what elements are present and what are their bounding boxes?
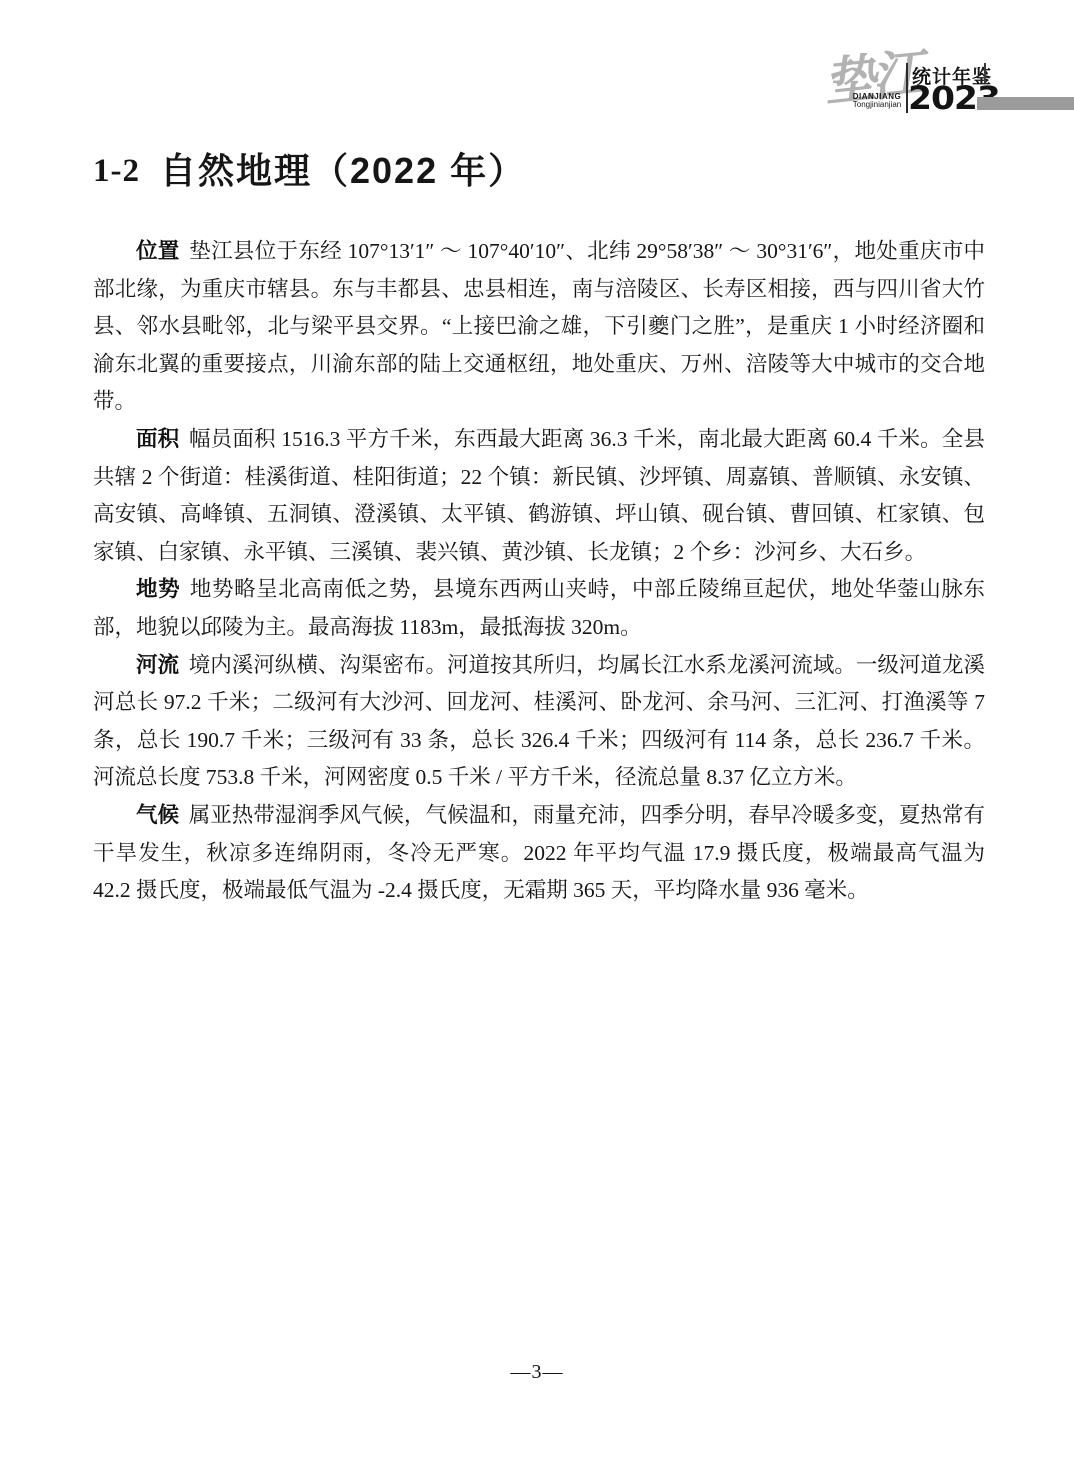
paragraph-climate-text: 属亚热带湿润季风气候，气候温和，雨量充沛，四季分明，春早冷暖多变，夏热常有干旱发… [93,803,985,902]
yearbook-page: 垫江 DIANJIANG Tongjinianjian 统计年鉴 2023 1-… [0,0,1074,1458]
brand-latin-text: DIANJIANG Tongjinianjian [846,93,908,109]
paragraph-climate: 气候属亚热带湿润季风气候，气候温和，雨量充沛，四季分明，春早冷暖多变，夏热常有干… [93,797,985,910]
paragraph-rivers-label: 河流 [136,653,179,677]
paragraph-area-text: 幅员面积 1516.3 平方千米，东西最大距离 36.3 千米，南北最大距离 6… [93,427,985,564]
paragraph-rivers: 河流境内溪河纵横、沟渠密布。河道按其所归，均属长江水系龙溪河流域。一级河道龙溪河… [93,647,985,797]
paragraph-area-label: 面积 [136,427,179,451]
paragraph-area: 面积幅员面积 1516.3 平方千米，东西最大距离 36.3 千米，南北最大距离… [93,421,985,571]
masthead-gray-bar [977,97,1074,110]
masthead: 垫江 DIANJIANG Tongjinianjian 统计年鉴 2023 [0,0,1074,140]
paragraph-location: 位置垫江县位于东经 107°13′1″ ～ 107°40′10″、北纬 29°5… [93,233,985,421]
paragraph-location-text: 垫江县位于东经 107°13′1″ ～ 107°40′10″、北纬 29°58′… [93,239,985,413]
paragraph-terrain: 地势地势略呈北高南低之势，县境东西两山夹峙，中部丘陵绵亘起伏，地处华蓥山脉东部，… [93,571,985,646]
brand-latin-line2: Tongjinianjian [846,101,908,109]
page-number: —3— [0,1361,1074,1384]
paragraph-location-label: 位置 [136,239,180,263]
page-title-text: 自然地理（2022 年） [160,150,526,191]
page-title: 1-2自然地理（2022 年） [93,143,526,194]
page-title-number: 1-2 [93,153,140,189]
paragraph-climate-label: 气候 [136,803,179,827]
paragraph-rivers-text: 境内溪河纵横、沟渠密布。河道按其所归，均属长江水系龙溪河流域。一级河道龙溪河总长… [93,653,985,790]
paragraph-terrain-text: 地势略呈北高南低之势，县境东西两山夹峙，中部丘陵绵亘起伏，地处华蓥山脉东部，地貌… [93,577,985,639]
paragraph-terrain-label: 地势 [136,577,180,601]
body-text: 位置垫江县位于东经 107°13′1″ ～ 107°40′10″、北纬 29°5… [93,233,985,910]
